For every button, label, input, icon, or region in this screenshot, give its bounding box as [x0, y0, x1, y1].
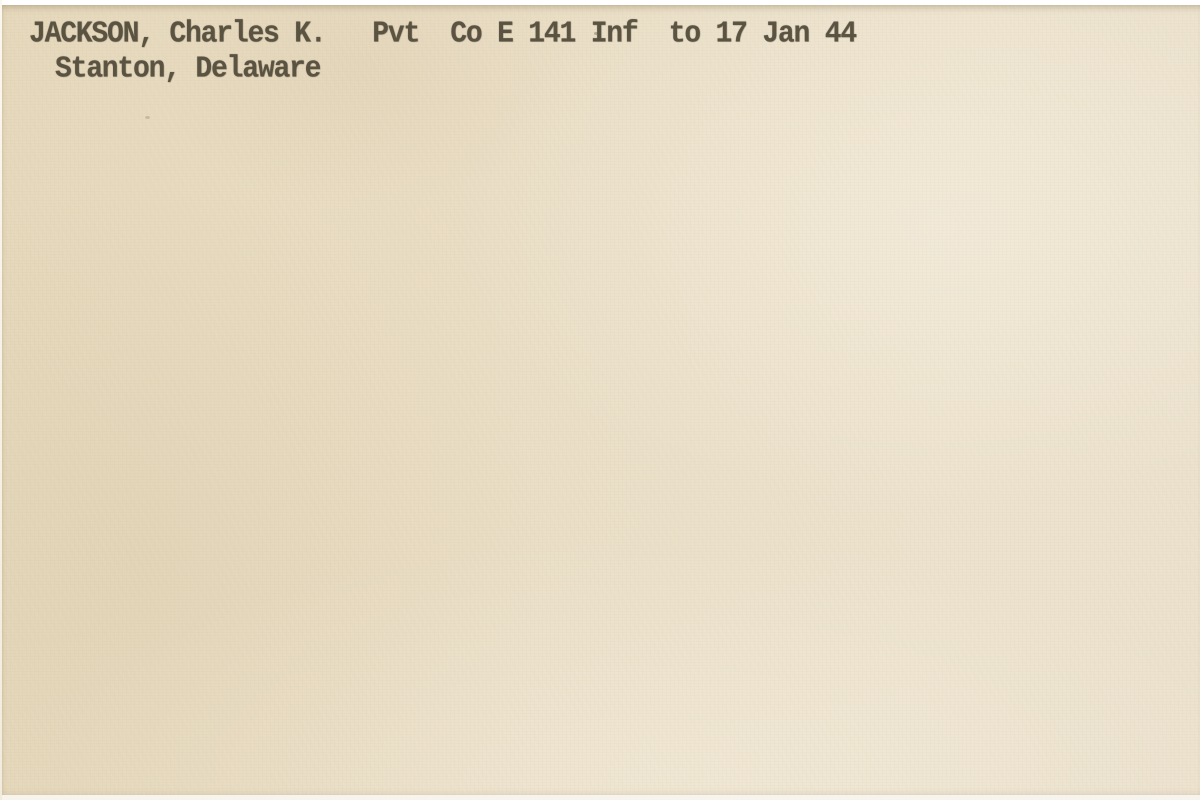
index-card: JACKSON, Charles K. Pvt Co E 141 Inf to …	[2, 5, 1200, 795]
scanned-page: JACKSON, Charles K. Pvt Co E 141 Inf to …	[0, 0, 1200, 800]
scan-edge	[0, 0, 2, 800]
ink-speck	[594, 32, 598, 35]
residence-line: Stanton, Delaware	[55, 55, 320, 85]
paper-texture	[2, 5, 1200, 795]
soldier-record-line: JACKSON, Charles K. Pvt Co E 141 Inf to …	[29, 20, 856, 50]
ink-speck	[145, 116, 150, 119]
